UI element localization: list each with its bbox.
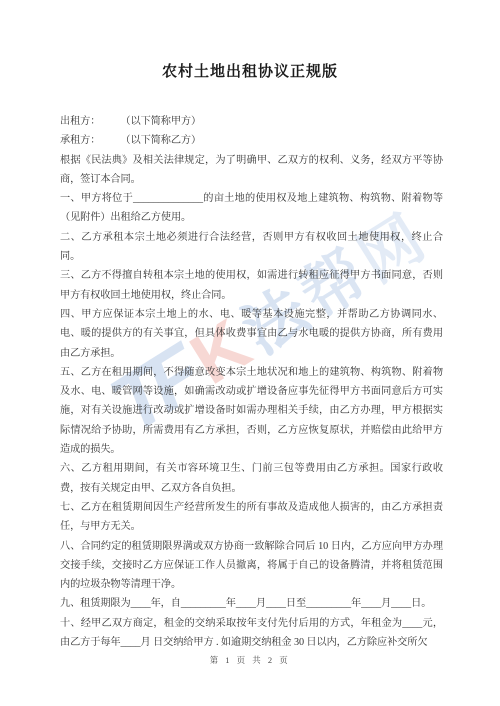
clause-9: 九、租赁期限为____年，自_________年____月____日至_____…	[60, 594, 443, 613]
clause-6: 六、乙方租用期间，有关市容环境卫生、门前三包等费用由乙方承担。国家行政收费，按有…	[60, 459, 443, 498]
clause-7: 七、乙方在租赁期间因生产经营所发生的所有事故及造成他人损害的，由乙方承担责任，与…	[60, 498, 443, 537]
clause-3: 三、乙方不得擅自转租本宗土地的使用权，如需进行转租应征得甲方书面同意，否则甲方有…	[60, 266, 443, 305]
document-body: 出租方： （以下简称甲方） 承租方： （以下简称乙方） 根据《民法典》及相关法律…	[60, 112, 443, 652]
document-title: 农村土地出租协议正规版	[0, 0, 500, 81]
clause-8: 八、合同约定的租赁期限界满或双方协商一致解除合同后 10 日内，乙方应向甲方办理…	[60, 537, 443, 595]
clause-4: 四、甲方应保证本宗土地上的水、电、暖等基本设施完整，并帮助乙方协调同水、电、暖的…	[60, 305, 443, 363]
page-number: 第 1 页 共 2 页	[0, 654, 500, 666]
clause-5: 五、乙方在租用期间，不得随意改变本宗土地状况和地上的建筑物、构筑物、附着物及水、…	[60, 363, 443, 459]
party-lessor-line: 出租方： （以下简称甲方）	[60, 112, 443, 131]
document-page: TF K 法 帮 网 农村土地出租协议正规版 出租方： （以下简称甲方） 承租方…	[0, 0, 500, 706]
clause-1: 一、甲方将位于______________的亩土地的使用权及地上建筑物、构筑物、…	[60, 189, 443, 228]
clause-10: 十、经甲乙双方商定，租金的交纳采取按年支付先付后用的方式，年租金为____元，由…	[60, 614, 443, 653]
preamble-paragraph: 根据《民法典》及相关法律规定，为了明确甲、乙双方的权利、义务，经双方平等协商，签…	[60, 151, 443, 190]
clause-2: 二、乙方承租本宗土地必须进行合法经营，否则甲方有权收回土地使用权，终止合同。	[60, 228, 443, 267]
party-lessee-line: 承租方： （以下简称乙方）	[60, 131, 443, 150]
